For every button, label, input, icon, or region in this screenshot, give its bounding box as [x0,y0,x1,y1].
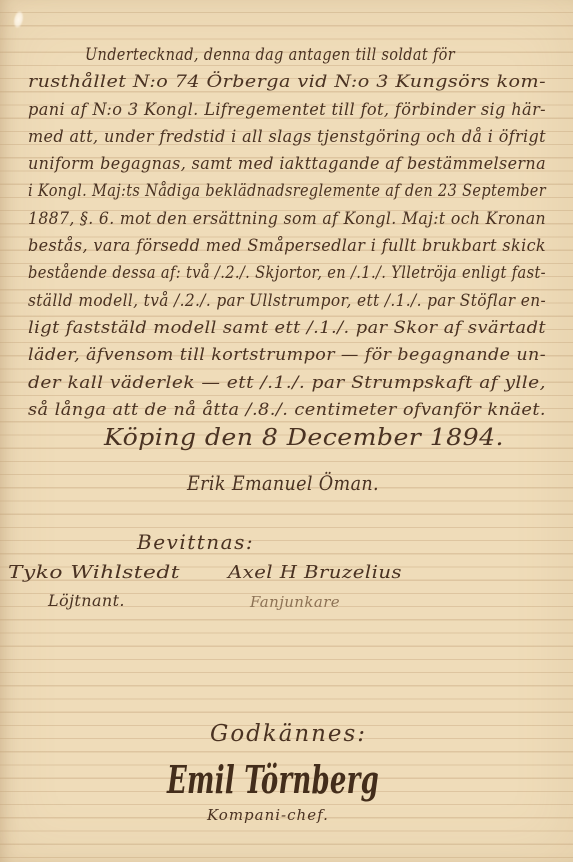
body-line: med att, under fredstid i all slags tjen… [28,124,550,151]
approver-signature: Emil Törnberg [167,754,478,806]
body-line: ligt faststäld modell samt ett /.1./. pa… [28,315,550,342]
recruit-signature-text: Erik Emanuel Öman. [187,468,379,498]
witness-title-right: Fanjunkare [250,591,340,613]
body-line-text: pani af N:o 3 Kongl. Lifregementet till … [28,97,546,124]
approval-heading-text: Godkännes: [210,718,367,750]
body-line-text: uniform begagnas, samt med iakttagande a… [28,151,546,178]
body-line-text: ligt faststäld modell samt ett /.1./. pa… [28,315,546,342]
witness-heading: Bevittnas: [137,528,254,556]
body-line-text: läder, äfvensom till kortstrumpor — för … [28,342,546,369]
body-line: ställd modell, två /.2./. par Ullstrumpo… [28,288,550,315]
witness-signature-left-text: Tyko Wihlstedt [8,560,180,586]
date-line-text: Köping den 8 December 1894. [104,421,504,455]
witness-signature-right-text: Axel H Bruzelius [228,560,402,586]
body-line: uniform begagnas, samt med iakttagande a… [28,151,550,178]
date-line: Köping den 8 December 1894. [104,421,469,455]
approver-title: Kompani-chef. [207,804,329,826]
body-line-text: bestående dessa af: två /.2./. Skjortor,… [28,260,546,287]
body-line: bestående dessa af: två /.2./. Skjortor,… [28,260,550,287]
approver-signature-text: Emil Törnberg [167,754,379,806]
body-line: bestås, vara försedd med Småpersedlar i … [28,233,550,260]
recruit-signature: Erik Emanuel Öman. [187,468,406,498]
witness-signature-left: Tyko Wihlstedt [8,560,150,586]
body-line-text: med att, under fredstid i all slags tjen… [28,124,546,151]
body-line-text: der kall väderlek — ett /.1./. par Strum… [28,370,546,397]
body-line-text: ställd modell, två /.2./. par Ullstrumpo… [28,288,546,315]
body-line-text: Undertecknad, denna dag antagen till sol… [85,42,455,69]
body-line: i Kongl. Maj:ts Nådiga beklädnadsregleme… [28,178,550,205]
body-line-text: bestås, vara försedd med Småpersedlar i … [28,233,546,260]
body-line: rusthållet N:o 74 Örberga vid N:o 3 Kung… [28,69,550,96]
body-line: der kall väderlek — ett /.1./. par Strum… [28,370,550,397]
document-body: Undertecknad, denna dag antagen till sol… [28,42,550,424]
body-line-text: rusthållet N:o 74 Örberga vid N:o 3 Kung… [28,69,546,96]
paper-blemish [12,10,24,28]
body-line-text: 1887, §. 6. mot den ersättning som af Ko… [28,206,546,233]
witness-signature-right: Axel H Bruzelius [228,560,387,586]
body-line: Undertecknad, denna dag antagen till sol… [28,42,550,69]
body-line: läder, äfvensom till kortstrumpor — för … [28,342,550,369]
body-line: pani af N:o 3 Kongl. Lifregementet till … [28,97,550,124]
body-line: 1887, §. 6. mot den ersättning som af Ko… [28,206,550,233]
witness-title-left: Löjtnant. [48,590,125,612]
body-line-text: i Kongl. Maj:ts Nådiga beklädnadsregleme… [28,178,546,205]
scanned-document-page: Undertecknad, denna dag antagen till sol… [0,0,573,862]
approval-heading: Godkännes: [210,718,367,750]
